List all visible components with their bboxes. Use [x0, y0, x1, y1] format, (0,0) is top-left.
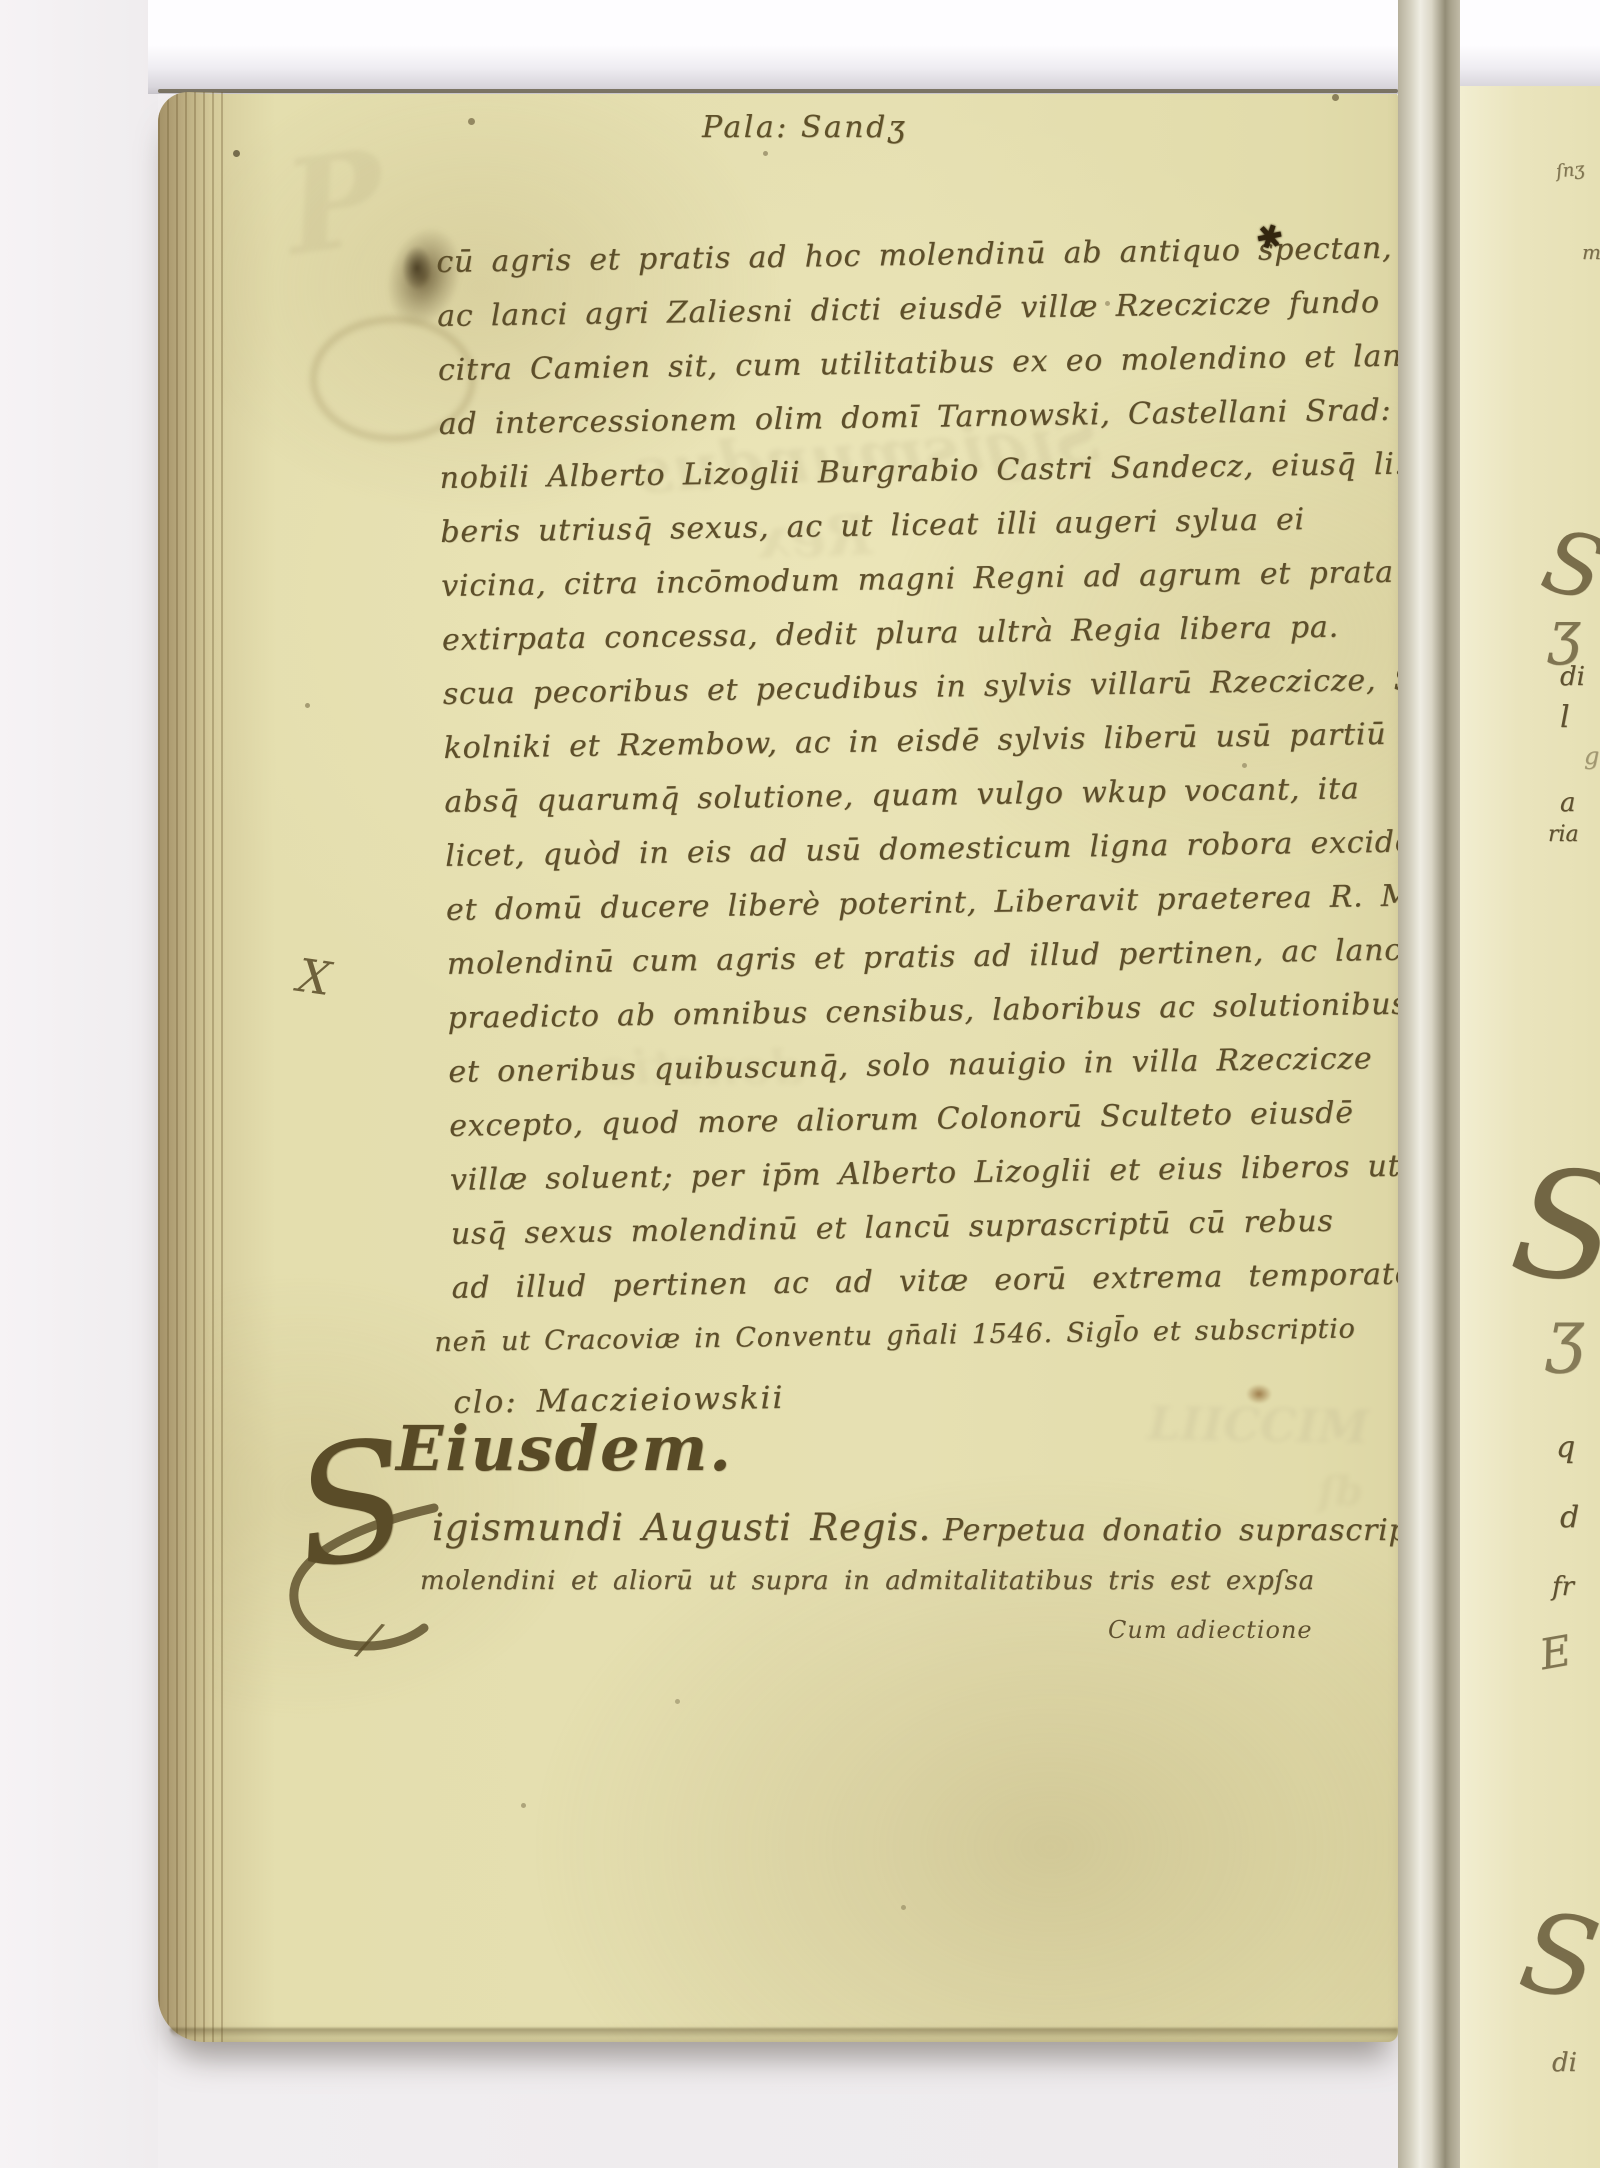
book-gutter-strip	[1398, 0, 1460, 2168]
entry-side-note: Cum adiectione	[1108, 1616, 1313, 1644]
facing-page-fragment: l	[1560, 700, 1570, 735]
entry-rubric-line: igismundi Augusti Regis. Perpetua donati…	[432, 1506, 1440, 1549]
entry-summary-line: molendini et aliorū ut supra in admitali…	[420, 1566, 1315, 1596]
bleedthrough-text: P	[276, 120, 394, 285]
paper-specks	[0, 0, 3, 3]
facing-page-fragment: ſnʒ	[1555, 159, 1585, 183]
facing-page-fragment: m	[1582, 240, 1600, 264]
facing-page-fragment: ria	[1548, 822, 1579, 847]
page-bottom-edge	[170, 2028, 1398, 2038]
rubric-text: Perpetua donatio suprascripta	[943, 1513, 1440, 1548]
facing-page-fragment: g	[1584, 742, 1599, 770]
facing-page-fragment: di	[1560, 662, 1585, 692]
facing-page-edge	[1460, 86, 1600, 2168]
scanner-left-margin	[0, 0, 158, 2168]
ink-smudge-core	[402, 246, 432, 290]
page-stack-edges	[158, 92, 226, 2042]
page-top-edge	[158, 89, 1398, 93]
facing-page-fragment: di	[1552, 2048, 1577, 2078]
facing-page-fragment: d	[1560, 1500, 1579, 1535]
entry-heading: Eiusdem.	[396, 1412, 733, 1485]
facing-page-fragment: ʒ	[1548, 598, 1581, 666]
facing-page-fragment: q	[1556, 1430, 1575, 1465]
header-archival-note: Pala: Sandʒ	[702, 110, 907, 145]
facing-page-fragment: a	[1560, 788, 1576, 818]
king-name-text: igismundi Augusti Regis.	[432, 1506, 931, 1549]
facing-page-fragment: fr	[1552, 1572, 1574, 1602]
main-text-block: cū agris et pratis ad hoc molendinū ab a…	[436, 221, 1468, 1430]
facing-page-fragment: ʒ	[1546, 1296, 1584, 1375]
overlying-sheet-edge	[148, 0, 1600, 94]
